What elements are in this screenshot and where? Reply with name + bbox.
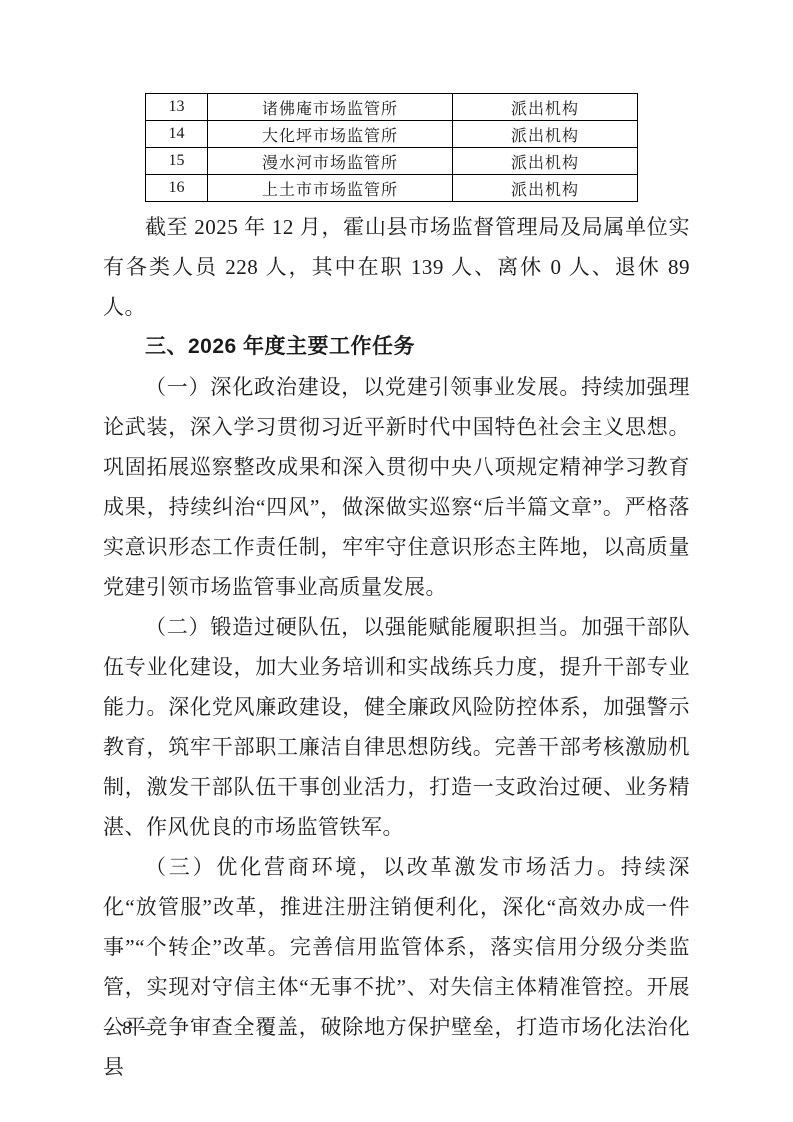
table-row: 15 漫水河市场监管所 派出机构 bbox=[146, 148, 638, 175]
office-type-cell: 派出机构 bbox=[453, 175, 638, 202]
office-name-cell: 大化坪市场监管所 bbox=[208, 121, 453, 148]
row-number-cell: 15 bbox=[146, 148, 208, 175]
staffing-summary-paragraph: 截至 2025 年 12 月，霍山县市场监督管理局及局属单位实有各类人员 228… bbox=[103, 207, 690, 327]
document-page: 13 诸佛庵市场监管所 派出机构 14 大化坪市场监管所 派出机构 15 漫水河… bbox=[0, 0, 793, 1122]
office-type-cell: 派出机构 bbox=[453, 148, 638, 175]
task-2-body: 加强干部队伍专业化建设，加大业务培训和实战练兵力度，提升干部专业能力。深化党风廉… bbox=[103, 615, 690, 839]
row-number-cell: 14 bbox=[146, 121, 208, 148]
office-type-cell: 派出机构 bbox=[453, 94, 638, 121]
task-3-lead: （三）优化营商环境，以改革激发市场活力。 bbox=[145, 855, 621, 879]
task-paragraph-3: （三）优化营商环境，以改革激发市场活力。持续深化“放管服”改革，推进注册注销便利… bbox=[103, 847, 690, 1087]
section-heading: 三、2026 年度主要工作任务 bbox=[103, 327, 690, 367]
task-2-lead: （二）锻造过硬队伍，以强能赋能履职担当。 bbox=[145, 615, 581, 639]
table-row: 14 大化坪市场监管所 派出机构 bbox=[146, 121, 638, 148]
task-1-lead: （一）深化政治建设，以党建引领事业发展。 bbox=[145, 375, 581, 399]
page-number: – 8 – bbox=[104, 1018, 152, 1040]
office-name-cell: 漫水河市场监管所 bbox=[208, 148, 453, 175]
page-content: 13 诸佛庵市场监管所 派出机构 14 大化坪市场监管所 派出机构 15 漫水河… bbox=[103, 93, 690, 1087]
table-row: 13 诸佛庵市场监管所 派出机构 bbox=[146, 94, 638, 121]
task-1-body: 持续加强理论武装，深入学习贯彻习近平新时代中国特色社会主义思想。巩固拓展巡察整改… bbox=[103, 375, 690, 599]
office-name-cell: 诸佛庵市场监管所 bbox=[208, 94, 453, 121]
task-paragraph-1: （一）深化政治建设，以党建引领事业发展。持续加强理论武装，深入学习贯彻习近平新时… bbox=[103, 367, 690, 607]
row-number-cell: 13 bbox=[146, 94, 208, 121]
office-name-cell: 上土市市场监管所 bbox=[208, 175, 453, 202]
org-units-table: 13 诸佛庵市场监管所 派出机构 14 大化坪市场监管所 派出机构 15 漫水河… bbox=[145, 93, 638, 202]
task-paragraph-2: （二）锻造过硬队伍，以强能赋能履职担当。加强干部队伍专业化建设，加大业务培训和实… bbox=[103, 607, 690, 847]
body-text: 截至 2025 年 12 月，霍山县市场监督管理局及局属单位实有各类人员 228… bbox=[103, 207, 690, 1087]
table-row: 16 上土市市场监管所 派出机构 bbox=[146, 175, 638, 202]
office-type-cell: 派出机构 bbox=[453, 121, 638, 148]
task-3-body: 持续深化“放管服”改革，推进注册注销便利化，深化“高效办成一件事”“个转企”改革… bbox=[103, 855, 690, 1079]
row-number-cell: 16 bbox=[146, 175, 208, 202]
